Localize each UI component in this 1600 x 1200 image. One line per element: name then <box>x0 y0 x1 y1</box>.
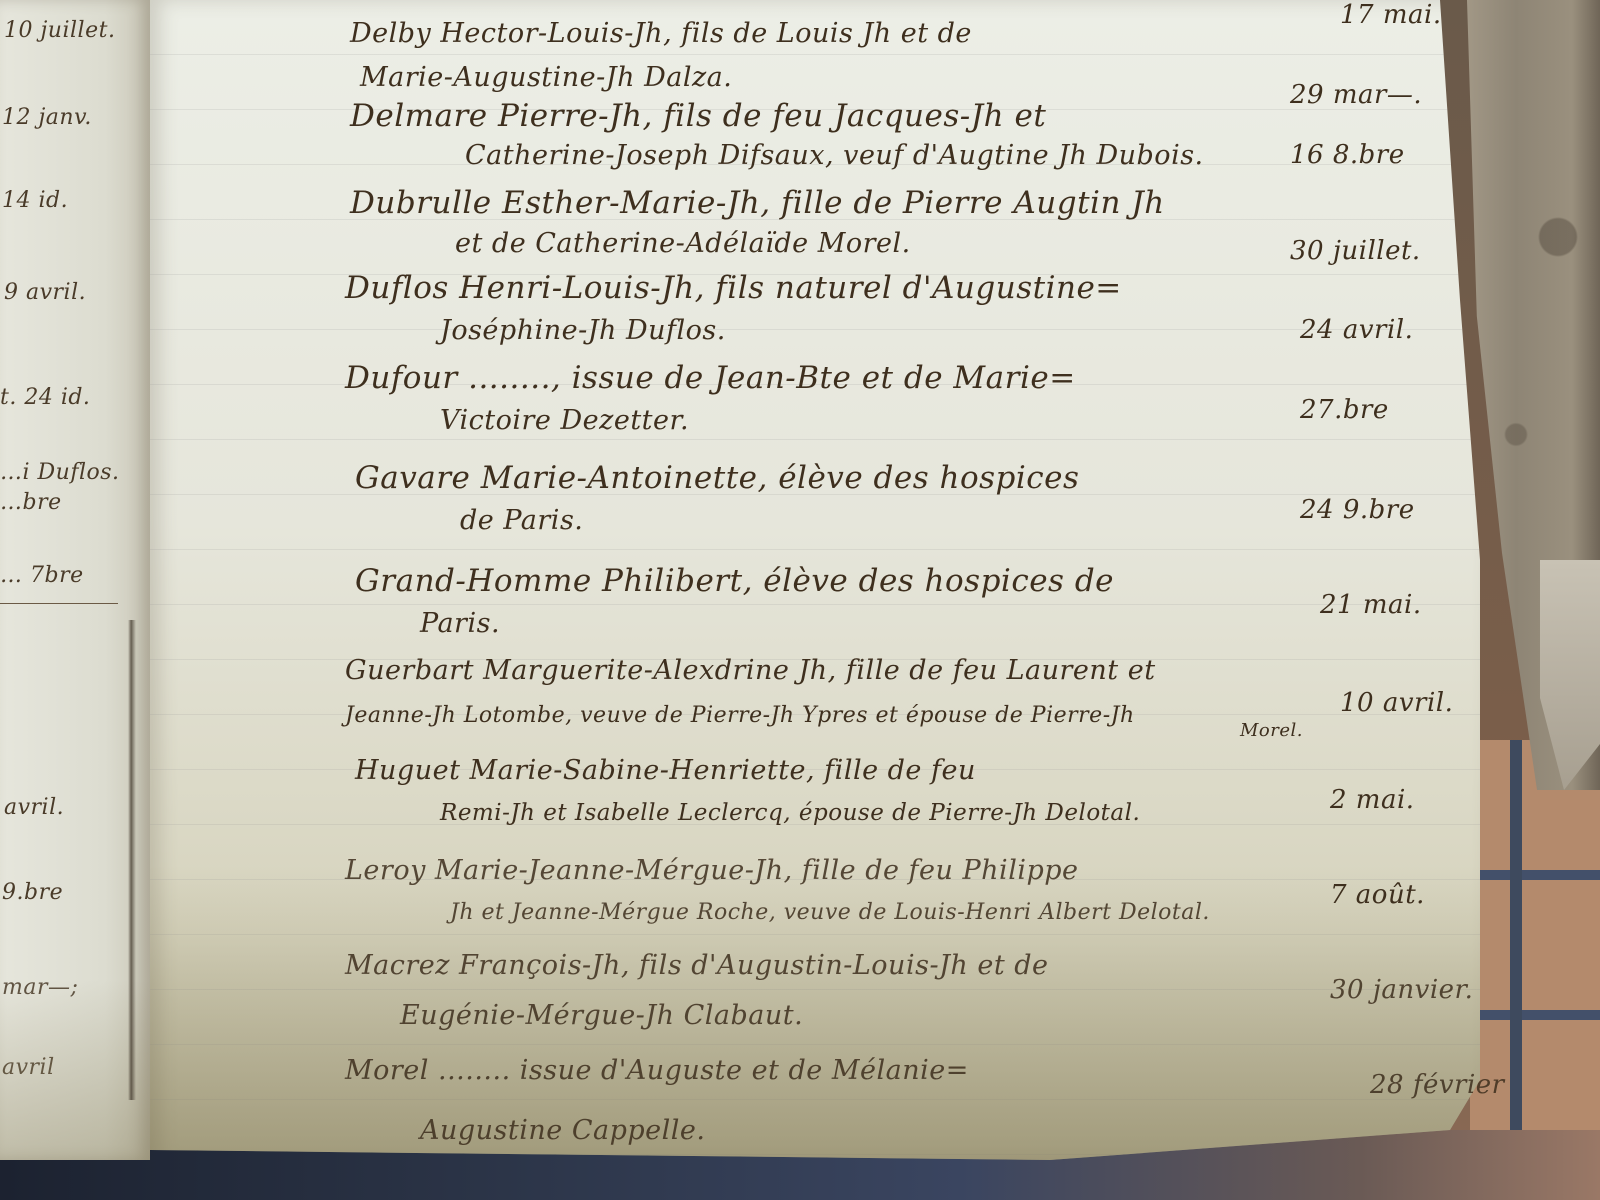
entry-date: 7 août. <box>1330 880 1425 910</box>
entry-date: 29 mar—. <box>1290 80 1422 110</box>
entry-date: 2 mai. <box>1330 785 1415 815</box>
margin-date: 9.bre <box>2 880 63 905</box>
margin-date: 10 juillet. <box>4 18 115 43</box>
entry-line: Duflos Henri-Louis-Jh, fils naturel d'Au… <box>345 270 1122 306</box>
margin-rule <box>0 603 118 604</box>
margin-date: 14 id. <box>2 188 68 213</box>
entry-date: 16 8.bre <box>1290 140 1405 170</box>
entry-line: Jeanne-Jh Lotombe, veuve de Pierre-Jh Yp… <box>345 703 1135 728</box>
margin-date: 12 janv. <box>2 105 92 130</box>
margin-date: 9 avril. <box>4 280 86 305</box>
margin-date: …i Duflos. <box>0 460 120 485</box>
entry-line: Guerbart Marguerite-Alexdrine Jh, fille … <box>345 655 1156 686</box>
entry-date: 27.bre <box>1300 395 1389 425</box>
entry-date: 30 janvier. <box>1330 975 1473 1005</box>
photo-scene: 10 juillet. 12 janv. 14 id. 9 avril. t. … <box>0 0 1600 1200</box>
entry-line: et de Catherine-Adélaïde Morel. <box>455 228 911 259</box>
margin-date: avril. <box>4 795 64 820</box>
entry-line: Paris. <box>420 608 500 639</box>
entry-line: Leroy Marie-Jeanne-Mérgue-Jh, fille de f… <box>345 855 1079 886</box>
entry-line: de Paris. <box>460 505 583 536</box>
entry-line: Gavare Marie-Antoinette, élève des hospi… <box>355 460 1079 496</box>
entry-line: Catherine-Joseph Difsaux, veuf d'Augtine… <box>465 140 1204 171</box>
margin-date: …bre <box>0 490 62 515</box>
entry-line: Joséphine-Jh Duflos. <box>440 315 726 346</box>
entry-line: Dubrulle Esther-Marie-Jh, fille de Pierr… <box>350 185 1165 221</box>
page-gutter <box>128 620 136 1100</box>
margin-date: … 7bre <box>0 563 84 588</box>
entry-line: Marie-Augustine-Jh Dalza. <box>360 62 732 93</box>
entry-line: Augustine Cappelle. <box>420 1115 706 1146</box>
entry-line: Morel. <box>1240 720 1303 741</box>
entry-date: 28 février <box>1370 1070 1505 1100</box>
entry-line: Grand-Homme Philibert, élève des hospice… <box>355 563 1114 599</box>
margin-date: mar—; <box>2 975 78 1000</box>
entry-date: 30 juillet. <box>1290 236 1421 266</box>
margin-date: avril <box>2 1055 55 1080</box>
entry-line: Morel ........ issue d'Auguste et de Mél… <box>345 1055 969 1086</box>
entry-line: Dufour ........, issue de Jean-Bte et de… <box>345 360 1076 396</box>
entry-date: 17 mai. <box>1340 0 1442 30</box>
entry-line: Victoire Dezetter. <box>440 405 689 436</box>
entry-line: Delmare Pierre-Jh, fils de feu Jacques-J… <box>350 98 1046 134</box>
margin-date: t. 24 id. <box>0 385 90 410</box>
entry-line: Remi-Jh et Isabelle Leclercq, épouse de … <box>440 800 1140 826</box>
entry-date: 24 avril. <box>1300 315 1413 345</box>
entry-line: Eugénie-Mérgue-Jh Clabaut. <box>400 1000 803 1031</box>
entry-date: 21 mai. <box>1320 590 1422 620</box>
entry-date: 10 avril. <box>1340 688 1453 718</box>
entry-line: Macrez François-Jh, fils d'Augustin-Loui… <box>345 950 1049 981</box>
entry-line: Huguet Marie-Sabine-Henriette, fille de … <box>355 755 976 786</box>
entry-line: Jh et Jeanne-Mérgue Roche, veuve de Loui… <box>450 900 1210 925</box>
entry-line: Delby Hector-Louis-Jh, fils de Louis Jh … <box>350 18 972 49</box>
entry-date: 24 9.bre <box>1300 495 1415 525</box>
